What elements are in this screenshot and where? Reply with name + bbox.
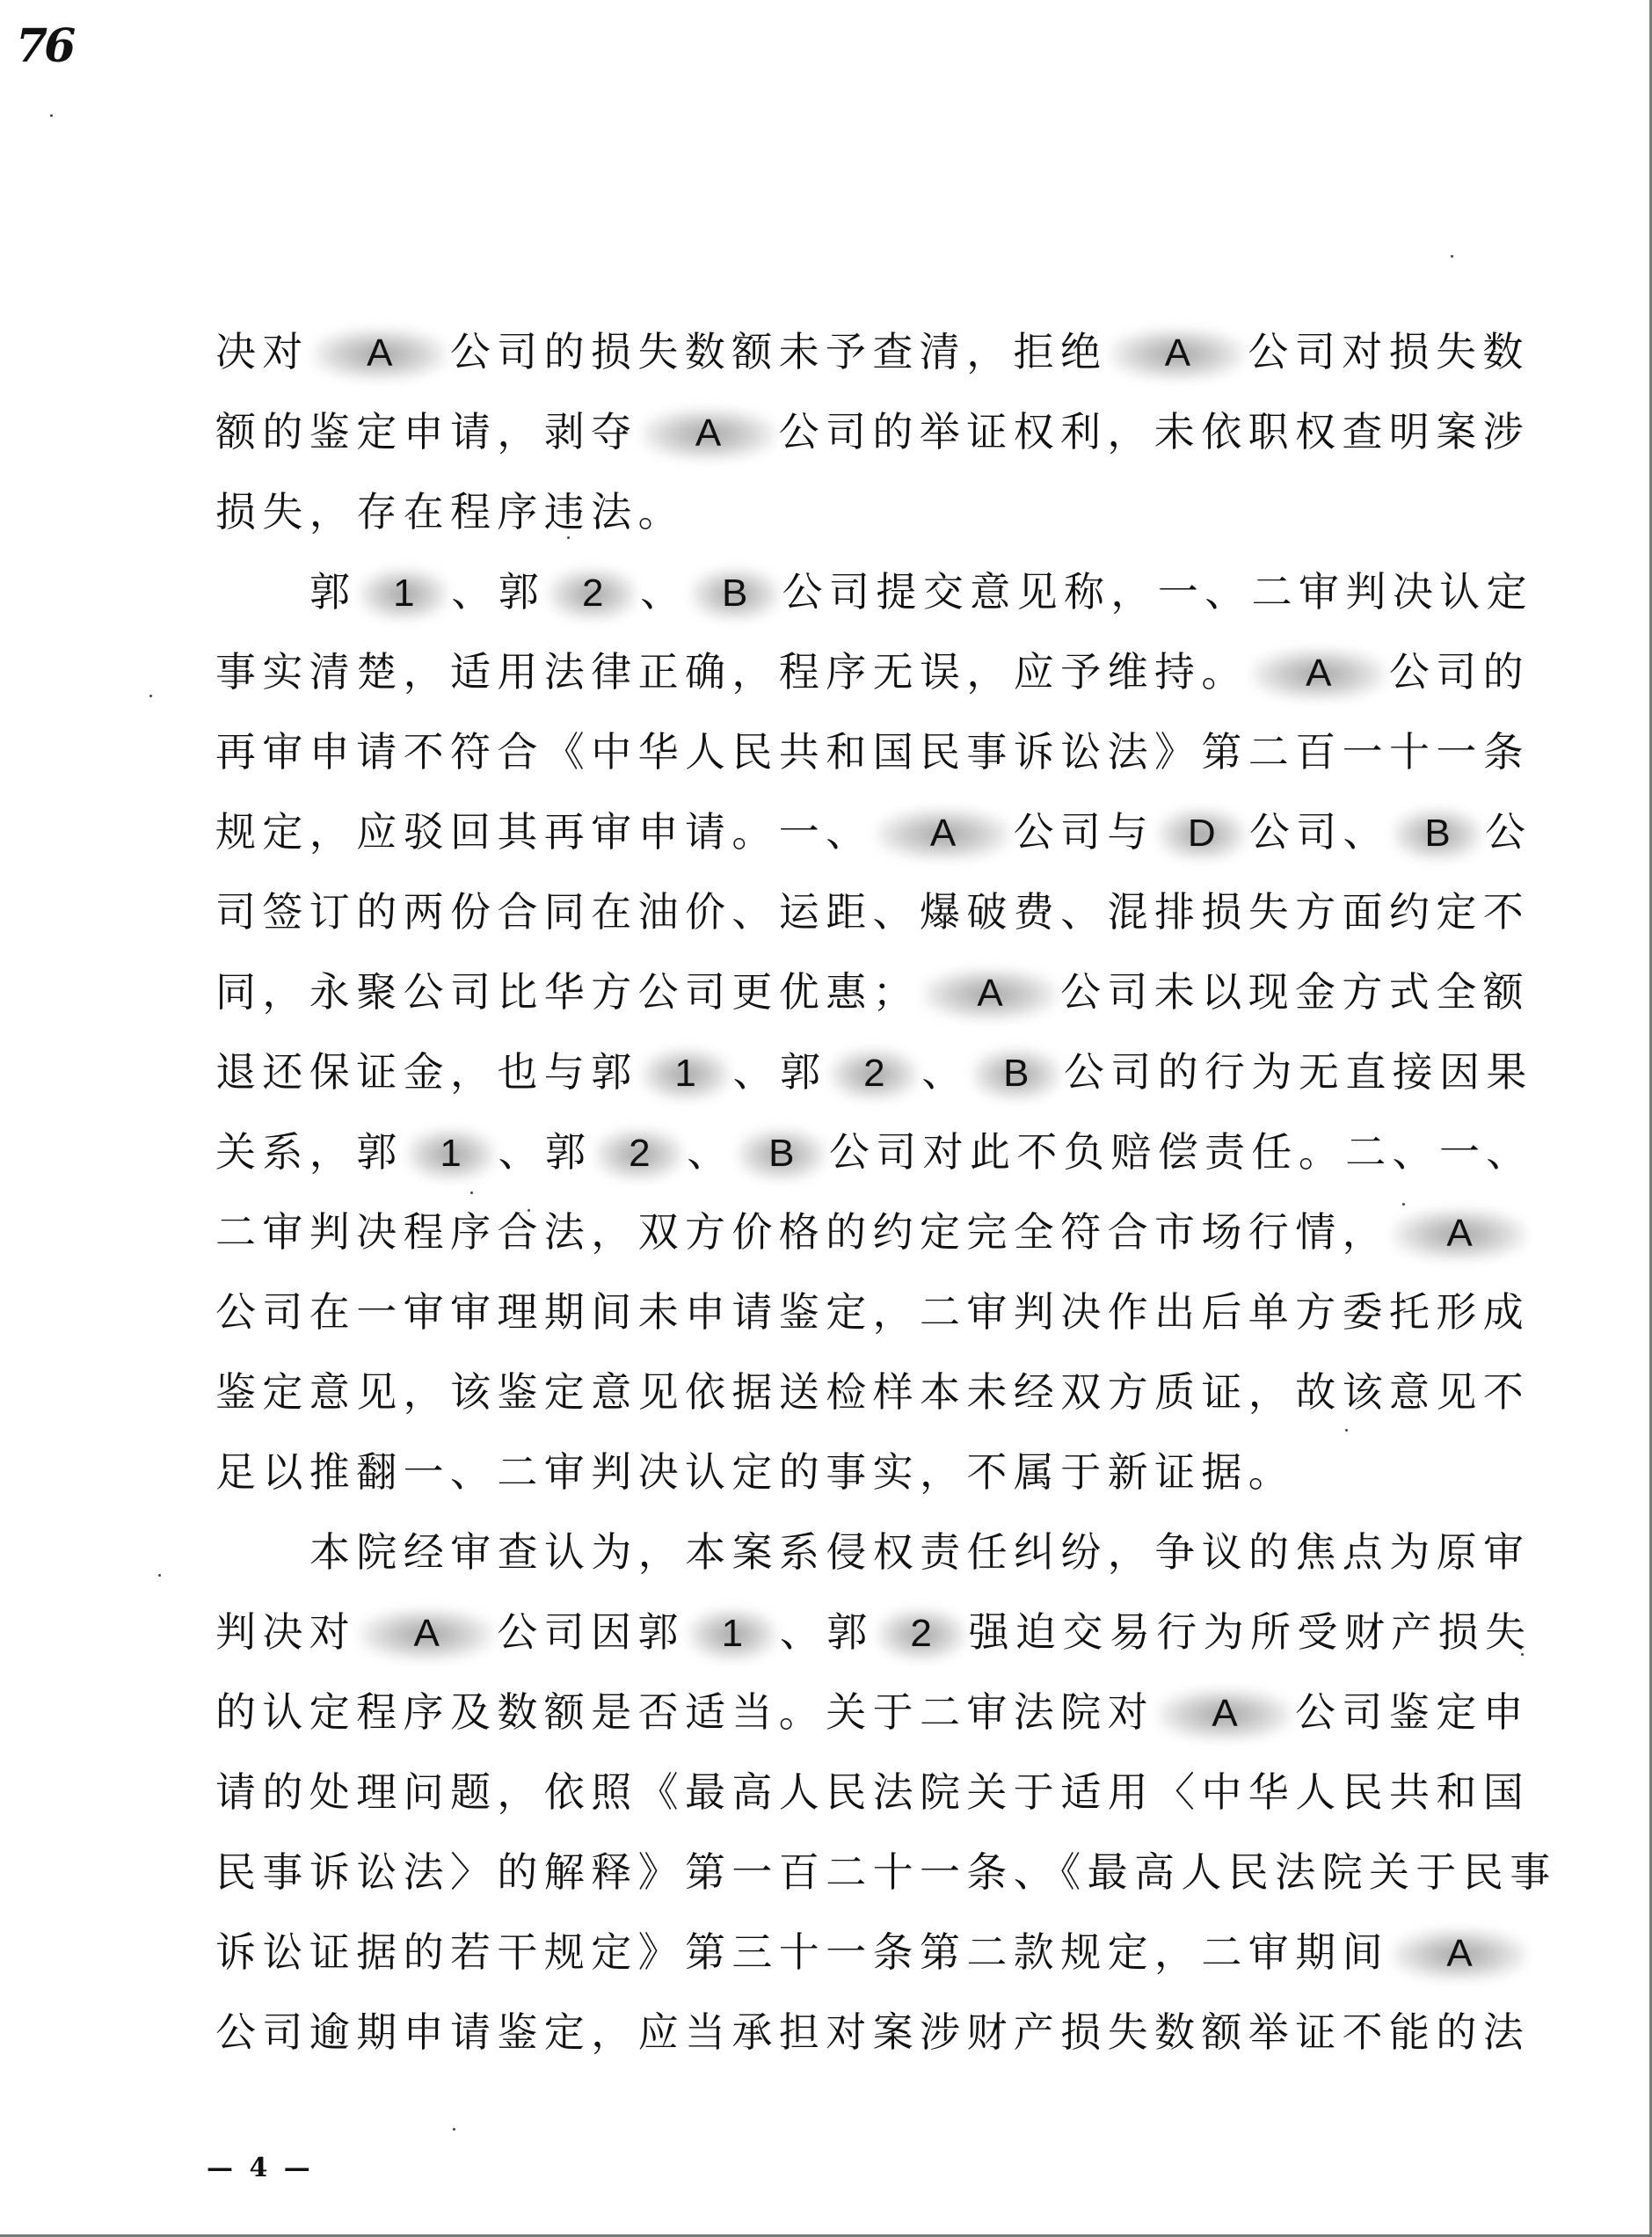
text-line: 司签订的两份合同在油价、运距、爆破费、混排损失方面约定不 [215,884,1446,964]
text-run: 事实清楚，适用法律正确，程序无误，应予维持。 [215,648,1248,696]
text-run: 、郭 [780,1608,874,1656]
redacted-name: A [1248,644,1389,702]
text-run: 司签订的两份合同在油价、运距、爆破费、混排损失方面约定不 [215,888,1530,936]
text-line: 额的鉴定申请，剥夺A公司的举证权利，未依职权查明案涉 [215,404,1446,484]
redacted-name: A [309,324,450,382]
text-line: 本院经审查认为，本案系侵权责任纠纷，争议的焦点为原审 [215,1524,1446,1604]
redacted-name: 2 [874,1604,969,1662]
redaction-code: A [1306,652,1331,695]
redacted-name: B [1390,804,1485,862]
page-number: — 4 — [207,2153,314,2183]
text-line: 同，永聚公司比华方公司更优惠；A公司未以现金方式全额 [215,964,1446,1044]
text-run: 公司提交意见称，一、二审判决认定 [782,568,1533,616]
redacted-name: B [969,1044,1064,1102]
redaction-code: B [722,572,747,615]
redaction-code: A [367,332,392,375]
text-run: 公司的 [1389,648,1530,696]
redaction-code: A [930,812,956,855]
text-line: 判决对A公司因郭1、郭2强迫交易行为所受财产损失 [215,1604,1446,1684]
redacted-name: 2 [592,1124,687,1182]
scan-speck [1451,255,1453,258]
text-run: 额的鉴定申请，剥夺 [215,408,638,455]
redaction-code: A [695,412,721,455]
scan-speck [567,536,570,539]
text-run: 、郭 [499,1128,593,1176]
text-line: 关系，郭1、郭2、B公司对此不负赔偿责任。二、一、 [215,1124,1446,1204]
redacted-name: A [1154,1684,1295,1742]
text-line: 事实清楚，适用法律正确，程序无误，应予维持。A公司的 [215,644,1446,724]
redacted-name: A [356,1604,497,1662]
text-run: 公司、 [1249,808,1390,856]
text-run: 公司对此不负赔偿责任。二、一、 [829,1128,1533,1176]
text-line: 退还保证金，也与郭1、郭2、B公司的行为无直接因果 [215,1044,1446,1124]
scan-speck [409,517,411,520]
text-run: 公司的损失数额未予查清，拒绝 [450,328,1108,375]
redaction-code: A [1446,1932,1472,1975]
redaction-code: A [1165,332,1190,375]
redaction-code: B [768,1132,794,1175]
text-run: 、 [921,1048,968,1096]
scan-speck [1345,1429,1348,1432]
scan-speck [50,114,53,117]
redaction-code: 2 [629,1132,650,1175]
text-run: 、郭 [733,1048,827,1096]
redacted-name: 1 [356,564,451,622]
text-line: 的认定程序及数额是否适当。关于二审法院对A公司鉴定申 [215,1684,1446,1764]
redaction-code: A [977,972,1002,1015]
handwritten-mark: 76 [16,19,72,73]
text-line: 郭1、郭2、B公司提交意见称，一、二审判决认定 [215,564,1446,644]
text-line: 鉴定意见，该鉴定意见依据送检样本未经双方质证，故该意见不 [215,1364,1446,1444]
text-line: 再审申请不符合《中华人民共和国民事诉讼法》第二百一十一条 [215,724,1446,804]
redacted-name: 2 [545,564,640,622]
redacted-name: 2 [826,1044,921,1102]
scan-speck [1521,1653,1524,1656]
redaction-code: 2 [863,1052,884,1095]
text-line: 公司在一审审理期间未申请鉴定，二审判决作出后单方委托形成 [215,1284,1446,1364]
text-run: 足以推翻一、二审判决认定的事实，不属于新证据。 [215,1448,1295,1496]
text-line: 损失，存在程序违法。 [215,484,1446,564]
text-run: 退还保证金，也与郭 [215,1048,638,1096]
redacted-name: D [1154,804,1249,862]
redaction-code: A [1212,1692,1237,1735]
redacted-name: 1 [638,1044,733,1102]
text-run: 再审申请不符合《中华人民共和国民事诉讼法》第二百一十一条 [215,728,1530,776]
text-run: 请的处理问题，依照《最高人民法院关于适用〈中华人民共和国 [215,1768,1530,1816]
text-run: 判决对 [215,1608,356,1656]
text-run: 公司逾期申请鉴定，应当承担对案涉财产损失数额举证不能的法 [215,2008,1530,2056]
redaction-code: 1 [674,1052,695,1095]
text-run: 、 [687,1128,733,1176]
redacted-name: A [1389,1924,1530,1982]
text-run: 公司鉴定申 [1295,1688,1530,1736]
text-run: 公司的行为无直接因果 [1064,1048,1533,1096]
redacted-name: 1 [685,1604,780,1662]
redaction-code: 1 [440,1132,461,1175]
text-line: 请的处理问题，依照《最高人民法院关于适用〈中华人民共和国 [215,1764,1446,1844]
text-line: 公司逾期申请鉴定，应当承担对案涉财产损失数额举证不能的法 [215,2004,1446,2084]
text-run: 关系，郭 [215,1128,404,1176]
text-line: 诉讼证据的若干规定》第三十一条第二款规定，二审期间A [215,1924,1446,2004]
redacted-name: A [1107,324,1248,382]
redaction-code: D [1188,812,1216,855]
text-run: 强迫交易行为所受财产损失 [969,1608,1532,1656]
text-line: 决对A公司的损失数额未予查清，拒绝A公司对损失数 [215,324,1446,404]
text-run: 同，永聚公司比华方公司更优惠； [215,968,920,1016]
redaction-code: B [1424,812,1450,855]
redacted-name: A [638,404,779,462]
text-run: 公司因郭 [497,1608,685,1656]
text-run: 民事诉讼法〉的解释》第一百二十一条、《最高人民法院关于民事 [215,1848,1557,1896]
text-run: 规定，应驳回其再审申请。一、 [215,808,873,856]
document-body: 决对A公司的损失数额未予查清，拒绝A公司对损失数额的鉴定申请，剥夺A公司的举证权… [215,324,1446,2084]
redacted-name: 1 [404,1124,499,1182]
text-run: 公司与 [1014,808,1154,856]
text-run: 公 [1485,808,1532,856]
text-run: 诉讼证据的若干规定》第三十一条第二款规定，二审期间 [215,1928,1389,1976]
scan-speck [158,1574,161,1577]
text-run: 、郭 [451,568,545,616]
text-run: 公司的举证权利，未依职权查明案涉 [779,408,1530,455]
redaction-code: B [1003,1052,1029,1095]
redaction-code: 1 [722,1612,743,1655]
scan-speck [1402,1203,1405,1206]
redacted-name: B [734,1124,829,1182]
scan-speck [470,1191,473,1194]
redaction-code: A [1446,1212,1472,1255]
text-line: 民事诉讼法〉的解释》第一百二十一条、《最高人民法院关于民事 [215,1844,1446,1924]
redacted-name: B [688,564,782,622]
text-run: 、 [640,568,687,616]
text-run: 的认定程序及数额是否适当。关于二审法院对 [215,1688,1154,1736]
text-run: 鉴定意见，该鉴定意见依据送检样本未经双方质证，故该意见不 [215,1368,1530,1416]
redaction-code: 2 [910,1612,931,1655]
text-run: 决对 [215,328,309,375]
text-run: 二审判决程序合法，双方价格的约定完全符合市场行情， [215,1208,1389,1256]
redacted-name: A [920,964,1060,1022]
text-run: 本院经审查认为，本案系侵权责任纠纷，争议的焦点为原审 [309,1528,1530,1576]
text-run: 公司对损失数 [1248,328,1529,375]
redacted-name: A [1389,1204,1530,1262]
redaction-code: 2 [582,572,603,615]
text-run: 损失，存在程序违法。 [215,488,685,536]
text-line: 足以推翻一、二审判决认定的事实，不属于新证据。 [215,1444,1446,1524]
redacted-name: A [873,804,1014,862]
redaction-code: A [414,1612,440,1655]
scan-speck [453,2128,455,2131]
text-line: 二审判决程序合法，双方价格的约定完全符合市场行情，A [215,1204,1446,1284]
scan-speck [528,1209,530,1212]
text-run: 郭 [309,568,356,616]
redaction-code: 1 [393,572,414,615]
text-run: 公司未以现金方式全额 [1060,968,1530,1016]
text-line: 规定，应驳回其再审申请。一、A公司与D公司、B公 [215,804,1446,884]
text-run: 公司在一审审理期间未申请鉴定，二审判决作出后单方委托形成 [215,1288,1530,1336]
scan-speck [149,695,152,697]
